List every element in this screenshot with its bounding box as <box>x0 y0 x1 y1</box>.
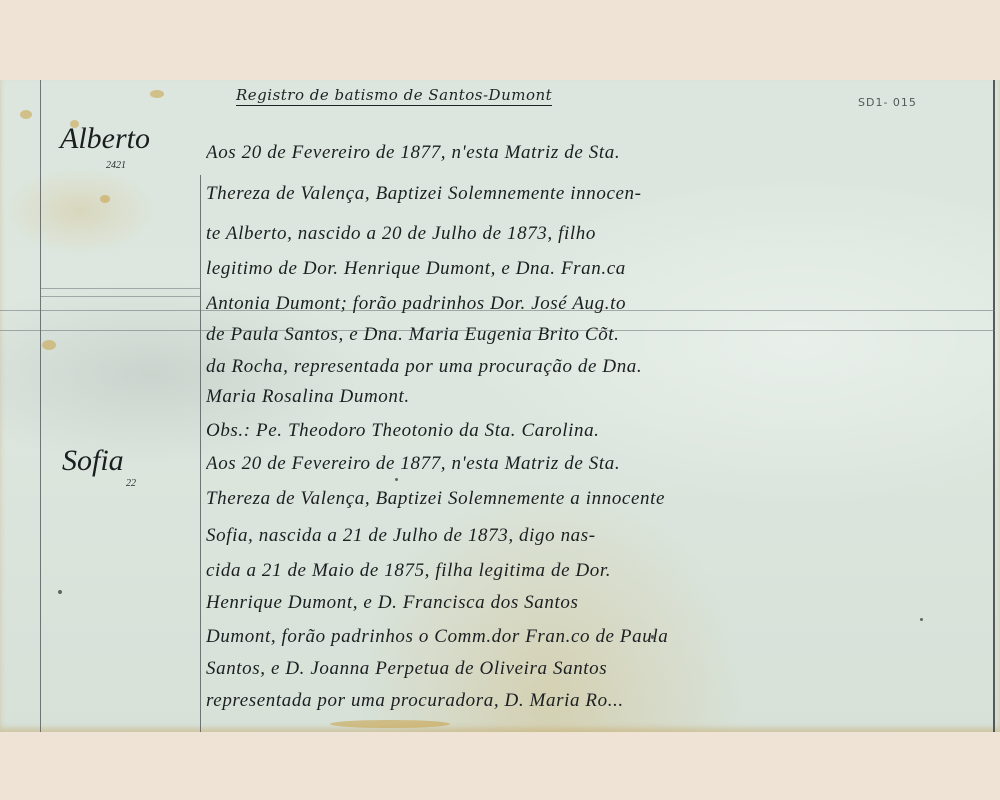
page-edge <box>993 80 995 732</box>
ink-speck <box>58 590 62 594</box>
entry-line: Thereza de Valença, Baptizei Solemnement… <box>206 183 986 205</box>
entry-line: Antonia Dumont; forão padrinhos Dor. Jos… <box>206 293 986 315</box>
entry-line: Aos 20 de Fevereiro de 1877, n'esta Matr… <box>206 142 986 164</box>
stain <box>150 90 164 98</box>
stain <box>330 720 450 728</box>
entry-line: da Rocha, representada por uma procuraçã… <box>206 356 986 378</box>
entry-name-sofia: Sofia <box>62 444 124 478</box>
ruled-line <box>40 288 200 289</box>
margin-rule-outer <box>40 80 41 732</box>
entry-line: representada por uma procuradora, D. Mar… <box>206 690 986 712</box>
stain <box>100 195 110 203</box>
entry-name-alberto: Alberto <box>60 122 150 156</box>
entry-line: Thereza de Valença, Baptizei Solemnement… <box>206 488 986 510</box>
entry-line: te Alberto, nascido a 20 de Julho de 187… <box>206 223 986 245</box>
entry-line: Aos 20 de Fevereiro de 1877, n'esta Matr… <box>206 453 986 475</box>
reference-code: SD1- 015 <box>858 96 917 109</box>
entry-line: Santos, e D. Joanna Perpetua de Oliveira… <box>206 658 986 680</box>
entry-line: Dumont, forão padrinhos o Comm.dor Fran.… <box>206 626 986 648</box>
entry-number-alberto: 2421 <box>106 160 126 171</box>
entry-line: Sofia, nascida a 21 de Julho de 1873, di… <box>206 525 986 547</box>
officiant-note: Obs.: Pe. Theodoro Theotonio da Sta. Car… <box>206 420 986 442</box>
entry-number-sofia: 22 <box>126 478 136 489</box>
entry-line: Henrique Dumont, e D. Francisca dos Sant… <box>206 592 986 614</box>
ink-speck <box>395 478 398 481</box>
ruled-line <box>40 296 200 297</box>
entry-line: de Paula Santos, e Dna. Maria Eugenia Br… <box>206 324 986 346</box>
entry-line: legitimo de Dor. Henrique Dumont, e Dna.… <box>206 258 986 280</box>
entry-line: cida a 21 de Maio de 1875, filha legitim… <box>206 560 986 582</box>
baptism-register-page: Registro de batismo de Santos-Dumont SD1… <box>0 80 1000 732</box>
stain <box>42 340 56 350</box>
entry-line: Maria Rosalina Dumont. <box>206 386 986 408</box>
ink-speck <box>920 618 923 621</box>
document-title: Registro de batismo de Santos-Dumont <box>236 86 552 106</box>
stain <box>20 110 32 119</box>
margin-rule-inner <box>200 175 201 732</box>
